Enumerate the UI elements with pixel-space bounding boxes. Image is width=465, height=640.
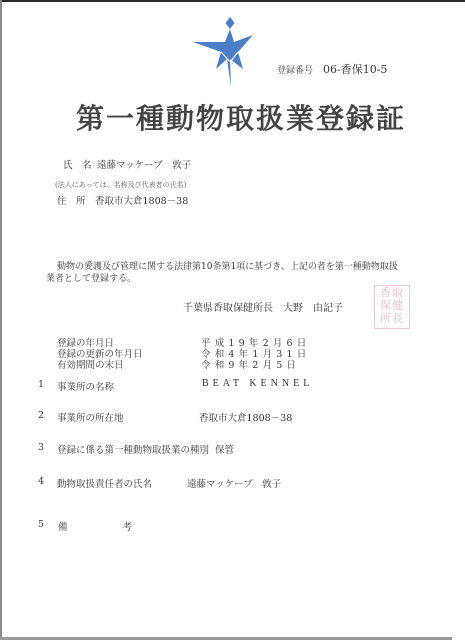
name-label: 氏 名 xyxy=(63,157,92,171)
item-value-business-location: 香取市大倉1808－38 xyxy=(199,410,292,424)
item-label-responsible-person: 動物取扱責任者の氏名 xyxy=(57,476,152,490)
item-label-business-name: 事業所の名称 xyxy=(57,379,114,393)
item-value-business-name: BEAT KENNEL xyxy=(202,378,313,389)
registration-number-label: 登録番号 xyxy=(277,63,313,76)
seal-text: 香取保健所長 xyxy=(375,286,409,325)
date-label-expiry: 有効期間の末日 xyxy=(57,357,124,371)
item-value-responsible-person: 遠藤マッケーブ 敦子 xyxy=(187,476,281,490)
official-seal: 香取保健所長 xyxy=(374,285,410,329)
item-label-remarks: 備 考 xyxy=(58,519,144,533)
address-label: 住 所 xyxy=(57,193,86,207)
item-label-business-location: 事業所の所在地 xyxy=(57,410,124,424)
scan-edge-top xyxy=(0,0,465,2)
item-number-4: 4 xyxy=(38,476,44,487)
registration-number: 06-香保10-5 xyxy=(323,61,387,77)
item-number-1: 1 xyxy=(38,379,44,390)
statement-line-2: 業者として登録する。 xyxy=(46,271,136,284)
item-number-3: 3 xyxy=(38,442,44,453)
document-title: 第一種動物取扱業登録証 xyxy=(76,97,406,137)
item-value-business-type: 保管 xyxy=(215,442,234,456)
corporation-note: (法人にあっては、名称及び代表者の氏名) xyxy=(55,180,186,190)
item-label-business-type: 登録に係る第一種動物取扱業の種別 xyxy=(57,442,209,456)
holder-name: 遠藤マッケーブ 敦子 xyxy=(97,157,191,171)
item-number-5: 5 xyxy=(38,519,44,530)
item-number-2: 2 xyxy=(38,410,44,421)
scan-edge-left xyxy=(0,0,2,640)
holder-address: 香取市大倉1808－38 xyxy=(95,193,188,207)
issuer-name: 千葉県香取保健所長 大野 由記子 xyxy=(183,299,343,314)
date-value-expiry: 令和9年2月5日 xyxy=(201,357,300,371)
chiba-prefecture-emblem-icon xyxy=(190,14,270,94)
